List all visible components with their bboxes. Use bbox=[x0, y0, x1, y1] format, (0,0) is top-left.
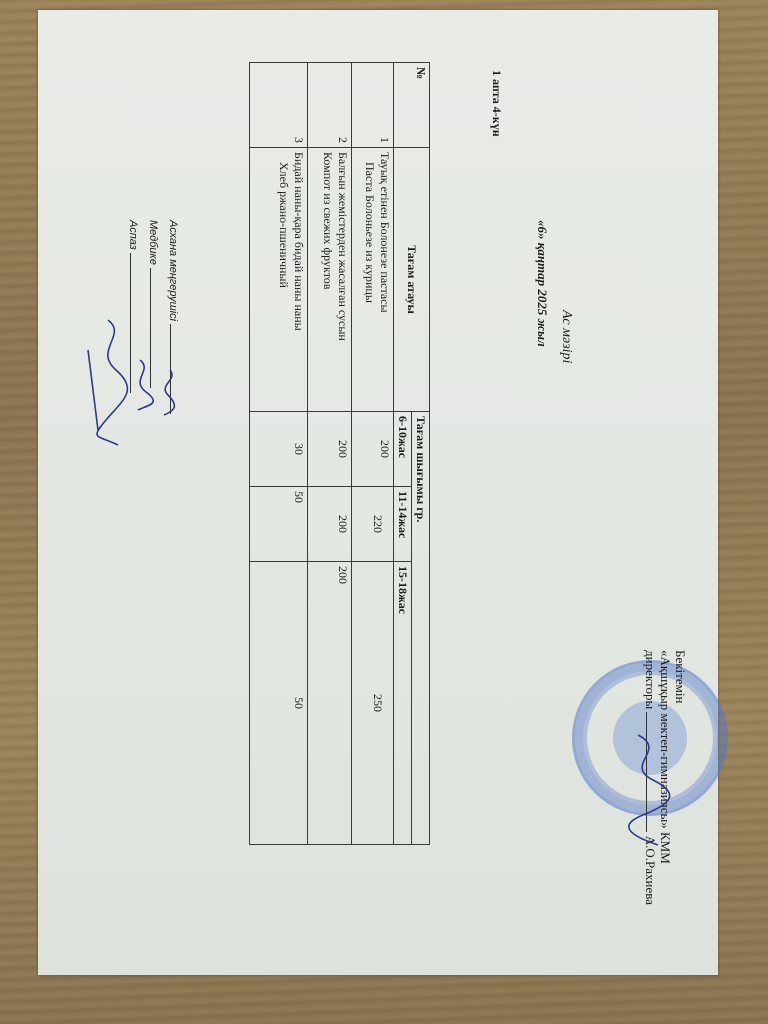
table-row: 1 Тауық етінен Болонезе пастасыПаста Бол… bbox=[352, 63, 394, 845]
qty-11-14: 200 bbox=[308, 487, 352, 562]
header-portion: Тағам шығымы гр. bbox=[412, 412, 430, 845]
row-number: 1 bbox=[352, 63, 394, 148]
director-signature bbox=[618, 730, 678, 850]
table-row: 2 Балғын жемістерден жасалған сусынКомпо… bbox=[308, 63, 352, 845]
qty-11-14: 220 bbox=[352, 487, 394, 562]
menu-document-page: Бекітемін «Ақшұқыр мектеп-гимназиясы» КМ… bbox=[38, 10, 718, 975]
dish-name-kz: Тауық етінен Болонезе пастасы bbox=[377, 152, 392, 407]
table-row: 3 Бидай наны-қара бидай наны наныХлеб рж… bbox=[250, 63, 308, 845]
signature-label: Медбике bbox=[147, 220, 159, 265]
menu-table: № Тағам атауы Тағам шығымы гр. 6-10жас 1… bbox=[249, 62, 430, 845]
qty-15-18: 50 bbox=[250, 562, 308, 845]
qty-6-10: 200 bbox=[352, 412, 394, 487]
header-age-6-10: 6-10жас bbox=[394, 412, 412, 487]
header-dish-name: Тағам атауы bbox=[394, 148, 430, 412]
week-day-label: 1 апта 4-күн bbox=[489, 70, 504, 137]
qty-15-18: 250 bbox=[352, 562, 394, 845]
dish-name-kz: Бидай наны-қара бидай наны наны bbox=[291, 152, 306, 407]
dish-name: Балғын жемістерден жасалған сусынКомпот … bbox=[308, 148, 352, 412]
approval-position: директоры bbox=[643, 650, 658, 709]
header-age-15-18: 15-18жас bbox=[394, 562, 412, 845]
row-number: 3 bbox=[250, 63, 308, 148]
dish-name-kz: Балғын жемістерден жасалған сусын bbox=[335, 152, 350, 407]
dish-name-ru: Хлеб ржано-пшеничный bbox=[276, 152, 291, 407]
qty-6-10: 30 bbox=[250, 412, 308, 487]
dish-name: Тауық етінен Болонезе пастасыПаста Болон… bbox=[352, 148, 394, 412]
handwritten-signatures bbox=[68, 310, 178, 450]
dish-name: Бидай наны-қара бидай наны наныХлеб ржан… bbox=[250, 148, 308, 412]
header-number: № bbox=[394, 63, 430, 148]
dish-name-ru: Паста Болоньезе из курицы bbox=[362, 152, 377, 407]
header-age-11-14: 11-14жас bbox=[394, 487, 412, 562]
table-header-row: № Тағам атауы Тағам шығымы гр. bbox=[412, 63, 430, 845]
date-line: «6» қаңтар 2025 жыл bbox=[534, 220, 550, 347]
row-number: 2 bbox=[308, 63, 352, 148]
qty-15-18: 200 bbox=[308, 562, 352, 845]
dish-name-ru: Компот из свежих фруктов bbox=[320, 152, 335, 407]
qty-11-14: 50 bbox=[250, 487, 308, 562]
signature-label: Асхана меңгерушісі bbox=[167, 220, 179, 321]
signature-label: Аспаз bbox=[127, 220, 139, 250]
qty-6-10: 200 bbox=[308, 412, 352, 487]
page-title: Ас мәзірі bbox=[558, 310, 574, 363]
